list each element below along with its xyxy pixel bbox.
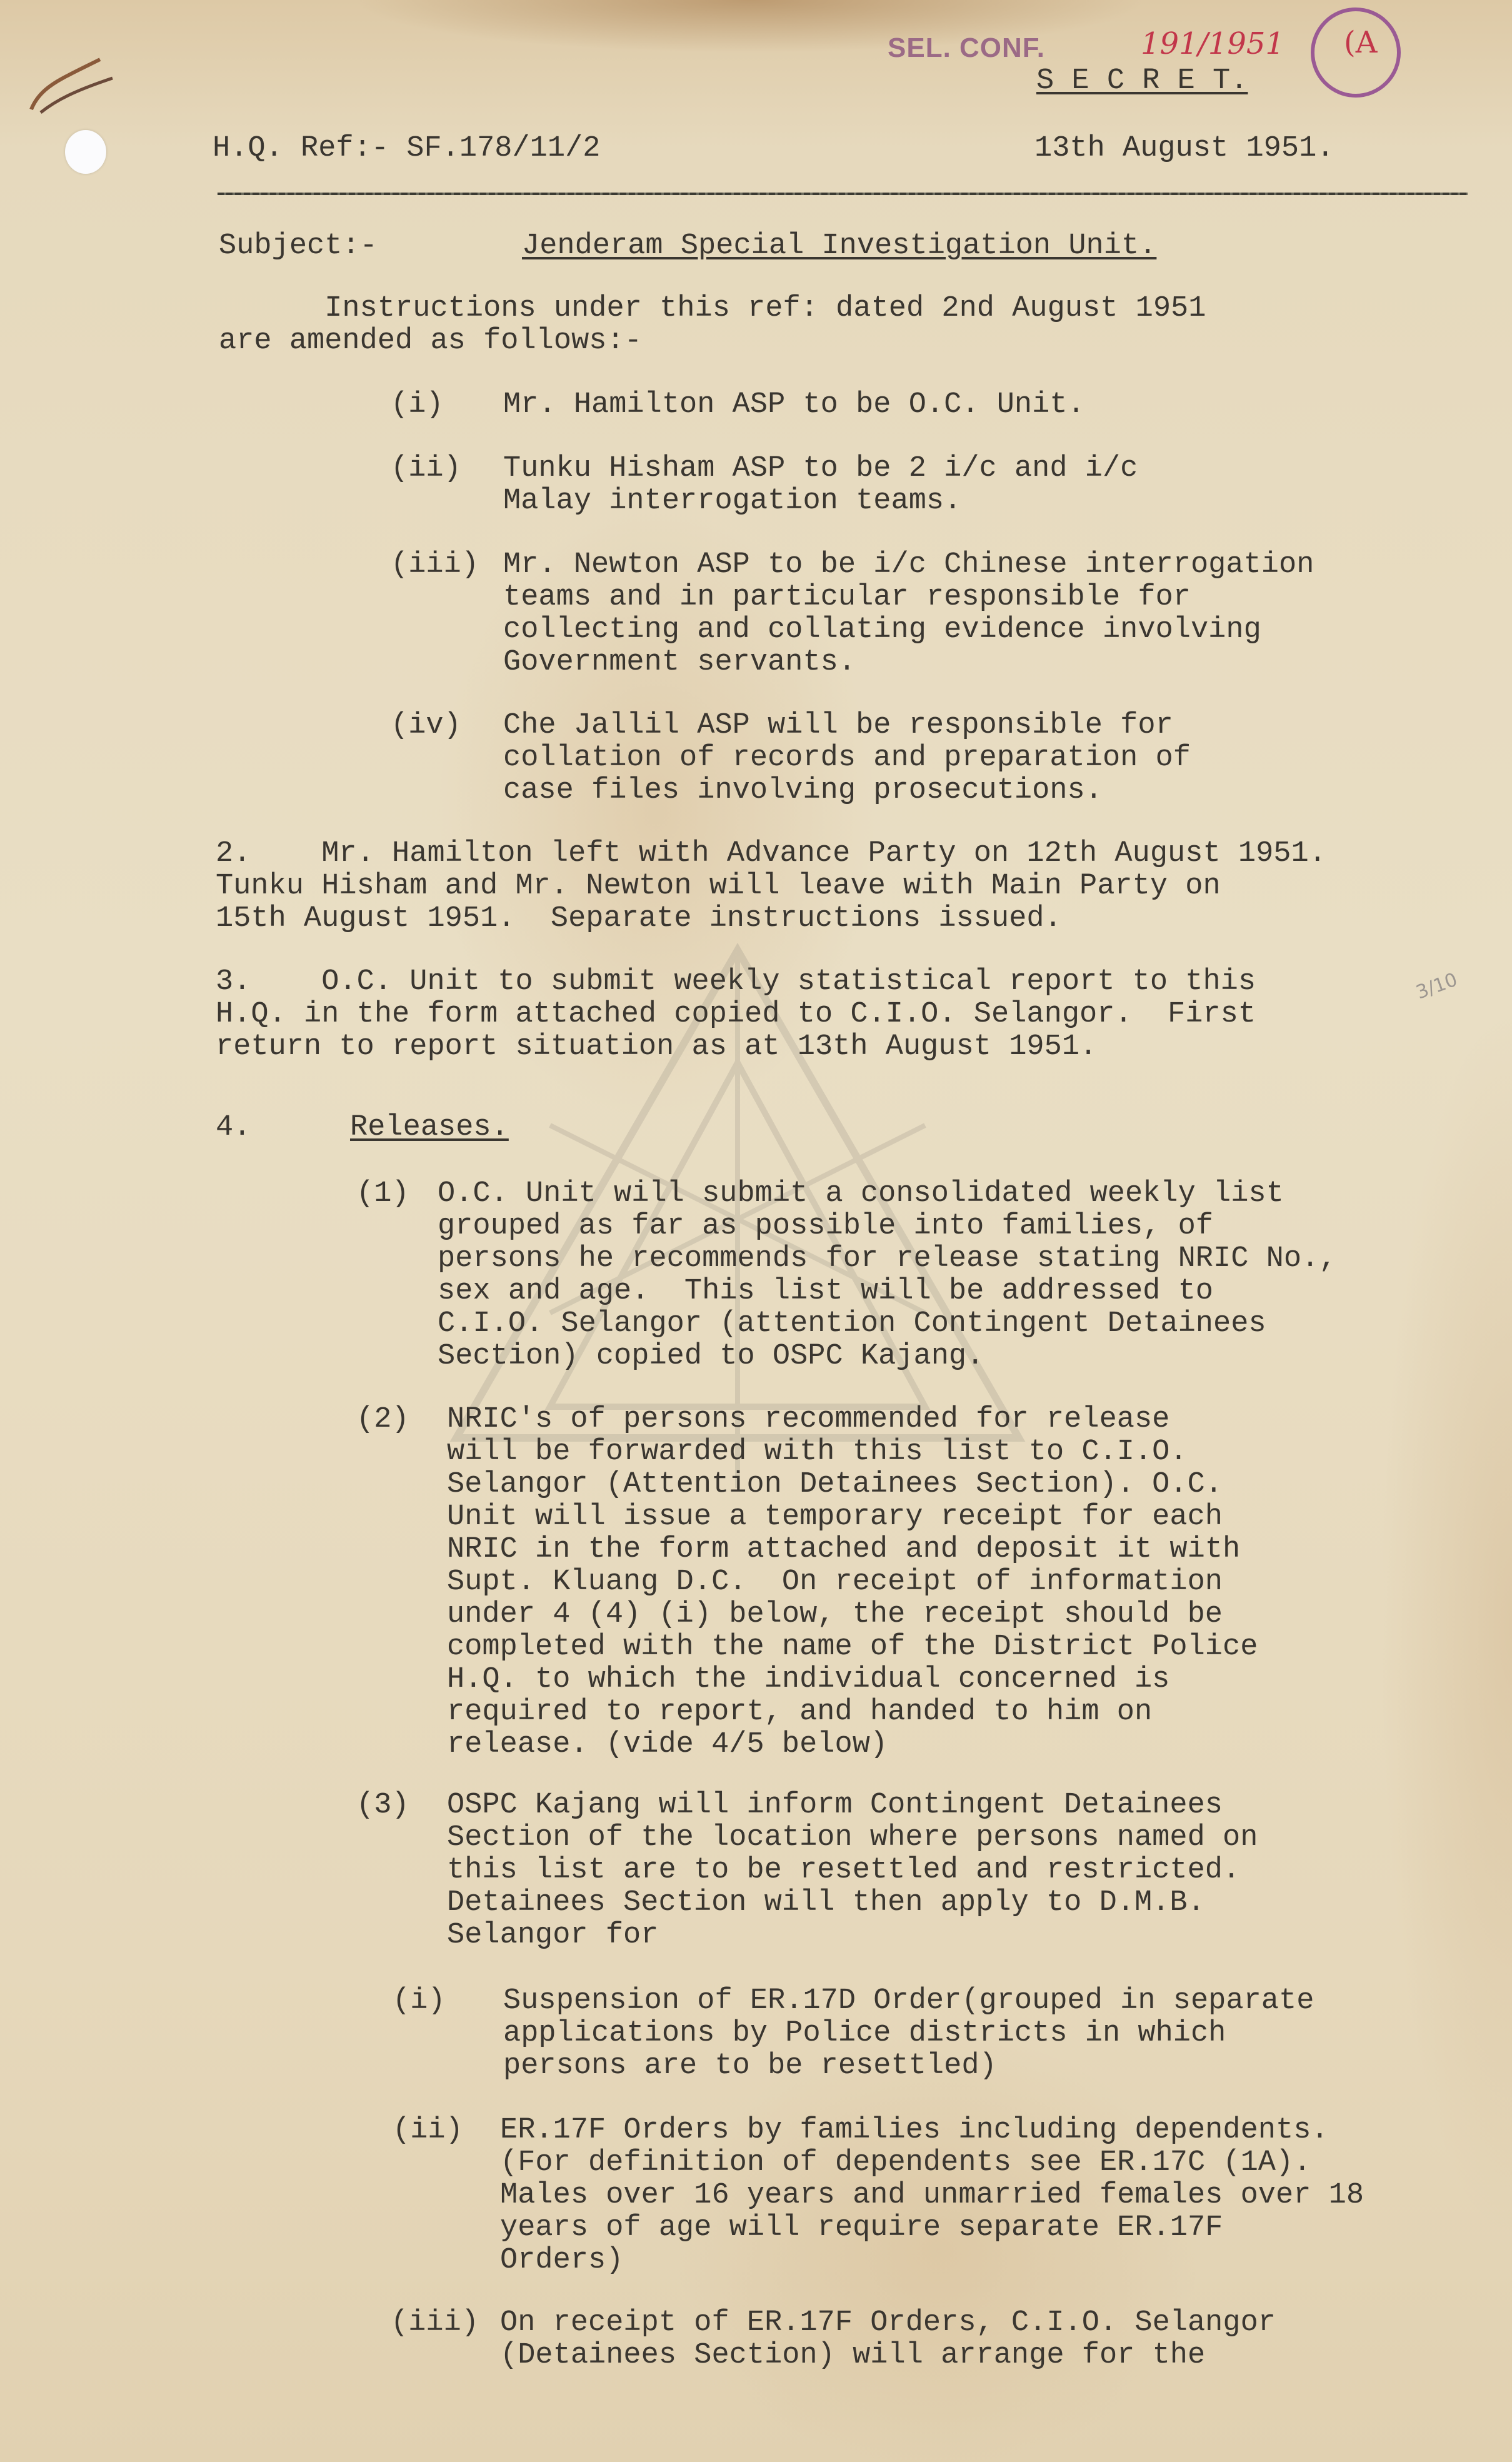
release-line: NRIC in the form attached and deposit it… bbox=[447, 1534, 1258, 1566]
sub-item-line: ER.17F Orders by families including depe… bbox=[500, 2114, 1364, 2147]
release-line: O.C. Unit will submit a consolidated wee… bbox=[438, 1178, 1336, 1210]
paragraph-line: Tunku Hisham and Mr. Newton will leave w… bbox=[216, 870, 1326, 903]
release-item: NRIC's of persons recommended for releas… bbox=[447, 1404, 1258, 1761]
intro-line: are amended as follows:- bbox=[219, 325, 1206, 358]
release-line: Selangor for bbox=[447, 1919, 1258, 1952]
release-line: Selangor (Attention Detainees Section). … bbox=[447, 1469, 1258, 1501]
reference-number: H.Q. Ref:- SF.178/11/2 bbox=[213, 133, 601, 165]
release-item-marker: (1) bbox=[356, 1178, 409, 1210]
paragraph-line: return to report situation as at 13th Au… bbox=[216, 1031, 1256, 1063]
security-marking: S E C R E T. bbox=[1036, 65, 1248, 98]
release-line: sex and age. This list will be addressed… bbox=[438, 1275, 1336, 1308]
sub-item-line: Suspension of ER.17D Order(grouped in se… bbox=[503, 1985, 1314, 2017]
release-line: completed with the name of the District … bbox=[447, 1631, 1258, 1664]
release-line: persons he recommends for release statin… bbox=[438, 1243, 1336, 1275]
release-line: Unit will issue a temporary receipt for … bbox=[447, 1501, 1258, 1534]
release-line: Supt. Kluang D.C. On receipt of informat… bbox=[447, 1566, 1258, 1599]
release-line: Section) copied to OSPC Kajang. bbox=[438, 1340, 1336, 1373]
section-heading: Releases. bbox=[350, 1112, 509, 1144]
sub-item-line: Males over 16 years and unmarried female… bbox=[500, 2179, 1364, 2212]
sub-item-line: (For definition of dependents see ER.17C… bbox=[500, 2147, 1364, 2179]
amendment-line: Tunku Hisham ASP to be 2 i/c and i/c bbox=[503, 453, 1138, 485]
amendment-line: Che Jallil ASP will be responsible for bbox=[503, 710, 1191, 742]
release-line: H.Q. to which the individual concerned i… bbox=[447, 1664, 1258, 1696]
sub-item-line: (Detainees Section) will arrange for the bbox=[500, 2339, 1276, 2372]
amendment-line: collation of records and preparation of bbox=[503, 742, 1191, 775]
paragraph-2: Mr. Hamilton left with Advance Party on … bbox=[216, 838, 1326, 935]
amendment-marker: (iv) bbox=[391, 710, 461, 742]
sub-item-line: persons are to be resettled) bbox=[503, 2050, 1314, 2083]
punch-hole bbox=[65, 130, 106, 174]
paragraph-3: O.C. Unit to submit weekly statistical r… bbox=[216, 966, 1256, 1063]
release-line: grouped as far as possible into families… bbox=[438, 1210, 1336, 1243]
amendment-item: Mr. Newton ASP to be i/c Chinese interro… bbox=[503, 549, 1314, 679]
sub-item: ER.17F Orders by families including depe… bbox=[500, 2114, 1364, 2277]
paragraph-line: 15th August 1951. Separate instructions … bbox=[216, 903, 1326, 935]
sub-item-marker: (iii) bbox=[391, 2307, 479, 2339]
amendment-item: Tunku Hisham ASP to be 2 i/c and i/c Mal… bbox=[503, 453, 1138, 518]
sub-item: Suspension of ER.17D Order(grouped in se… bbox=[503, 1985, 1314, 2083]
subject-label: Subject:- bbox=[219, 230, 378, 263]
amendment-line: case files involving prosecutions. bbox=[503, 775, 1191, 807]
sub-item-line: years of age will require separate ER.17… bbox=[500, 2212, 1364, 2244]
amendment-item: Che Jallil ASP will be responsible for c… bbox=[503, 710, 1191, 807]
amendment-line: collecting and collating evidence involv… bbox=[503, 614, 1314, 646]
release-line: C.I.O. Selangor (attention Contingent De… bbox=[438, 1308, 1336, 1340]
amendment-line: Malay interrogation teams. bbox=[503, 485, 1138, 518]
amendment-line: teams and in particular responsible for bbox=[503, 581, 1314, 614]
circle-stamp-label: (A bbox=[1344, 25, 1377, 60]
release-item: OSPC Kajang will inform Contingent Detai… bbox=[447, 1789, 1258, 1952]
release-line: Detainees Section will then apply to D.M… bbox=[447, 1887, 1258, 1919]
handwritten-initials-icon bbox=[25, 56, 125, 119]
subject-title: Jenderam Special Investigation Unit. bbox=[522, 230, 1156, 263]
release-line: this list are to be resettled and restri… bbox=[447, 1854, 1258, 1887]
sub-item-line: applications by Police districts in whic… bbox=[503, 2017, 1314, 2050]
release-item-marker: (2) bbox=[356, 1404, 409, 1436]
release-line: OSPC Kajang will inform Contingent Detai… bbox=[447, 1789, 1258, 1822]
header-divider bbox=[218, 193, 1468, 195]
release-line: NRIC's of persons recommended for releas… bbox=[447, 1404, 1258, 1436]
amendment-line: Mr. Hamilton ASP to be O.C. Unit. bbox=[503, 389, 1085, 421]
release-line: under 4 (4) (i) below, the receipt shoul… bbox=[447, 1599, 1258, 1631]
paragraph-line: O.C. Unit to submit weekly statistical r… bbox=[216, 966, 1256, 998]
amendment-marker: (i) bbox=[391, 389, 444, 421]
intro-paragraph: Instructions under this ref: dated 2nd A… bbox=[219, 293, 1206, 358]
section-number: 4. bbox=[216, 1112, 251, 1144]
amendment-line: Mr. Newton ASP to be i/c Chinese interro… bbox=[503, 549, 1314, 581]
amendment-marker: (ii) bbox=[391, 453, 461, 485]
handwritten-file-number: 191/1951 bbox=[1141, 26, 1284, 61]
sub-item-marker: (i) bbox=[393, 1985, 446, 2017]
sub-item-marker: (ii) bbox=[393, 2114, 463, 2147]
release-line: release. (vide 4/5 below) bbox=[447, 1729, 1258, 1761]
amendment-marker: (iii) bbox=[391, 549, 479, 581]
release-line: will be forwarded with this list to C.I.… bbox=[447, 1436, 1258, 1469]
classification-stamp: SEL. CONF. bbox=[888, 33, 1045, 64]
amendment-line: Government servants. bbox=[503, 646, 1314, 679]
intro-line: Instructions under this ref: dated 2nd A… bbox=[219, 293, 1206, 325]
paragraph-line: H.Q. in the form attached copied to C.I.… bbox=[216, 998, 1256, 1031]
paragraph-line: Mr. Hamilton left with Advance Party on … bbox=[216, 838, 1326, 870]
amendment-item: Mr. Hamilton ASP to be O.C. Unit. bbox=[503, 389, 1085, 421]
document-date: 13th August 1951. bbox=[1034, 133, 1334, 165]
sub-item-line: Orders) bbox=[500, 2244, 1364, 2277]
release-item-marker: (3) bbox=[356, 1789, 409, 1822]
sub-item-line: On receipt of ER.17F Orders, C.I.O. Sela… bbox=[500, 2307, 1276, 2339]
release-line: required to report, and handed to him on bbox=[447, 1696, 1258, 1729]
release-item: O.C. Unit will submit a consolidated wee… bbox=[438, 1178, 1336, 1373]
release-line: Section of the location where persons na… bbox=[447, 1822, 1258, 1854]
sub-item: On receipt of ER.17F Orders, C.I.O. Sela… bbox=[500, 2307, 1276, 2372]
